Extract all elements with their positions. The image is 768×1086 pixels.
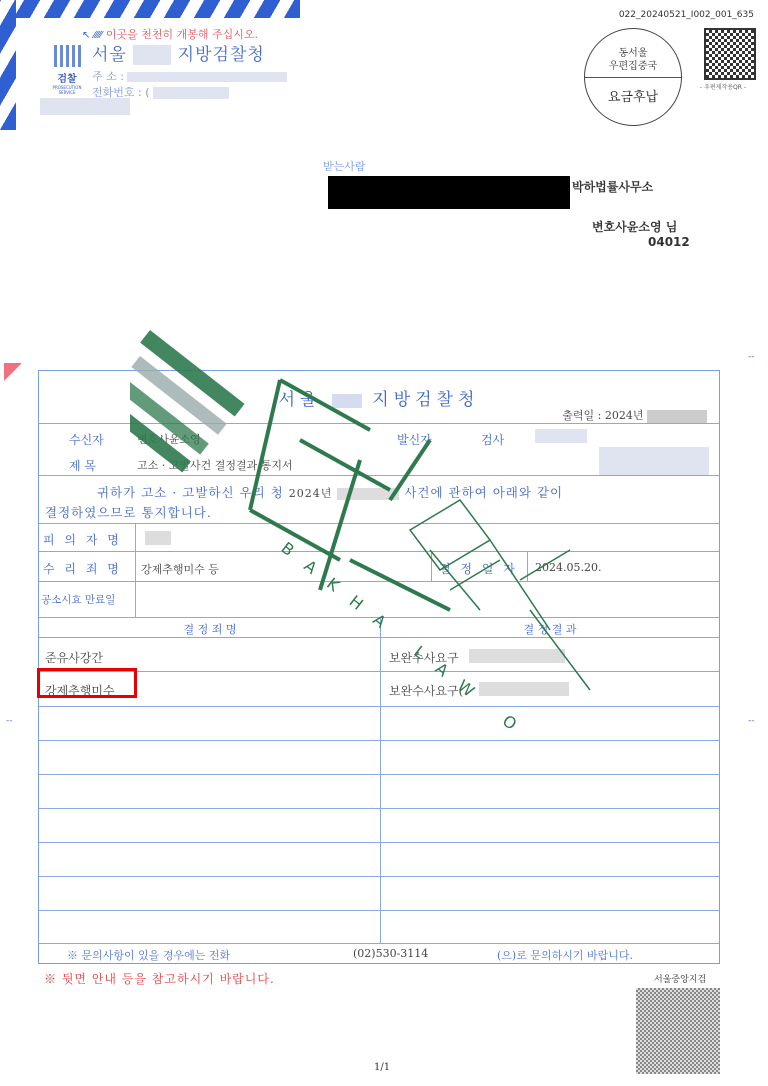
redacted-case-no [337, 488, 399, 500]
recipient-office: 박하법률사무소 [572, 178, 653, 195]
notice-line2: 결정하였으므로 통지합니다. [45, 503, 212, 521]
redacted-date [647, 410, 707, 423]
decision-date-value: 2024.05.20. [535, 561, 601, 574]
receiver-label: 수신자 [69, 431, 104, 448]
redacted-region [599, 447, 709, 475]
row-separator [39, 706, 719, 707]
result-value: 보완수사요구( [389, 682, 463, 699]
back-page-note: ※ 뒷면 안내 등을 참고하시기 바랍니다. [44, 970, 275, 987]
subject-label: 제 목 [69, 457, 96, 474]
row-separator [39, 842, 719, 843]
col-separator [380, 617, 381, 943]
row-separator [39, 943, 719, 944]
sender-label: 발신자 [397, 431, 432, 448]
row-separator [39, 617, 719, 618]
prosecution-logo: 검찰 PROSECUTION SERVICE [44, 45, 90, 95]
sender-organization: 서울 지방검찰청 [92, 40, 265, 65]
qr-label: - 우편제작용QR - [700, 82, 746, 91]
page-number: 1/1 [374, 1062, 390, 1073]
notice-year: 2024년 [289, 487, 333, 500]
col-separator [135, 523, 136, 617]
receiver-value: 변호사윤소영 [137, 431, 201, 447]
row-separator [39, 551, 719, 552]
postal-qr-code [704, 28, 756, 80]
row-separator [39, 671, 719, 672]
suspect-label: 피 의 자 명 [43, 531, 122, 548]
result-value: 보완수사요구 [389, 649, 459, 666]
fold-mark-right: -- [748, 716, 755, 726]
col-charge-header: 결 정 죄 명 [39, 621, 381, 637]
recipient-zip: 04012 [648, 235, 690, 249]
logo-text: 검찰 [44, 70, 90, 85]
redacted-region [332, 394, 362, 408]
document-id: 022_20240521_I002_001_635 [619, 10, 754, 20]
office-code-label: 서울중앙지검 [654, 972, 706, 985]
charge-value: 강제추행미수 등 [141, 561, 219, 577]
sender-value: 검사 [481, 431, 504, 448]
row-separator [39, 581, 719, 582]
notice-line1-b: 사건에 관하여 아래와 같이 [404, 485, 563, 500]
result-charge: 준유사강간 [45, 649, 103, 666]
sender-address: 주 소 : [92, 68, 287, 84]
col-separator [527, 551, 528, 581]
recipient-name: 변호사윤소영 님 [592, 218, 677, 235]
logo-bars-icon [44, 45, 90, 67]
print-date-label: 출력일 : 2024년 [562, 409, 643, 422]
col-separator [431, 551, 432, 581]
sender-org-suffix: 지방검찰청 [178, 45, 265, 65]
office-2d-barcode [636, 988, 720, 1074]
postmark-line2: 우편집중국 [609, 61, 657, 72]
row-separator [39, 637, 719, 638]
airmail-stripe-top [0, 0, 300, 18]
row-separator [39, 740, 719, 741]
redacted-region [469, 649, 565, 663]
fold-mark-left: -- [6, 716, 13, 726]
form-title-prefix: 서울 [279, 390, 322, 410]
redacted-region [133, 45, 171, 65]
highlight-box [37, 668, 137, 698]
postmark-bottom: 요금후납 [585, 86, 681, 105]
decision-date-label: 결 정 일 자 [439, 560, 518, 577]
postmark-stamp: 동서울우편집중국 요금후납 [584, 28, 682, 126]
row-separator [39, 523, 719, 524]
form-title-suffix: 지방검찰청 [372, 390, 479, 410]
postmark-line1: 동서울 [619, 48, 648, 59]
print-date: 출력일 : 2024년 [562, 407, 707, 423]
footer-suffix: (으)로 문의하시기 바랍니다. [497, 947, 633, 963]
notice-line1: 귀하가 고소 · 고발하신 우리 청 2024년 사건에 관하여 아래와 같이 [97, 483, 563, 501]
redacted-region [479, 682, 569, 696]
corner-mark [4, 363, 22, 381]
footer-phone: (02)530-3114 [353, 947, 428, 960]
redacted-suspect [145, 531, 171, 545]
row-separator [39, 423, 719, 424]
redacted-address [127, 72, 287, 82]
limitation-label: 공소시효 만료일 [41, 592, 115, 607]
logo-subtext: PROSECUTION SERVICE [44, 85, 90, 95]
subject-value: 고소 · 고발사건 결정결과 통지서 [137, 457, 293, 473]
row-separator [39, 475, 719, 476]
row-separator [39, 910, 719, 911]
footer-prefix: ※ 문의사항이 있을 경우에는 전화 [67, 947, 230, 963]
address-label: 주 소 : [92, 70, 127, 83]
redacted-prosecutor [535, 429, 587, 443]
redacted-phone [153, 87, 229, 99]
recipient-label: 받는사람 [323, 158, 366, 174]
notice-line1-a: 귀하가 고소 · 고발하신 우리 청 [97, 485, 284, 500]
sender-org-prefix: 서울 [92, 45, 127, 65]
row-separator [39, 774, 719, 775]
charge-label: 수 리 죄 명 [43, 560, 122, 577]
redacted-region [40, 98, 130, 115]
row-separator [39, 808, 719, 809]
fold-mark-right-top: -- [748, 352, 755, 362]
row-separator [39, 876, 719, 877]
decision-notice-form: 서울 지방검찰청 출력일 : 2024년 수신자 변호사윤소영 발신자 검사 제… [38, 370, 720, 964]
airmail-stripe-left [0, 0, 16, 130]
col-result-header: 결 정 결 과 [381, 621, 719, 637]
redacted-recipient-address [328, 176, 570, 209]
